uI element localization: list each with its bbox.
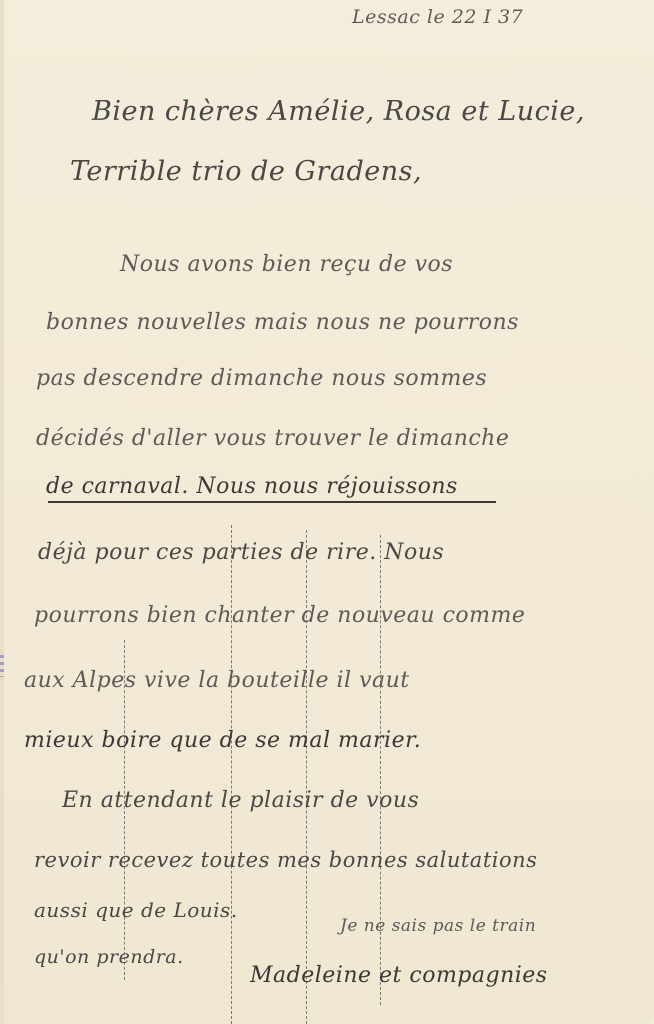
- body-line-3: pas descendre dimanche nous sommes: [36, 368, 487, 390]
- body-line-8: aux Alpes vive la bouteille il vaut: [24, 670, 410, 692]
- body-line-1: Nous avons bien reçu de vos: [120, 254, 453, 276]
- body-line-7: pourrons bien chanter de nouveau comme: [34, 605, 525, 627]
- body-line-11: revoir recevez toutes mes bonnes salutat…: [34, 850, 537, 871]
- underline-carnaval: [48, 501, 496, 503]
- aside-note: Je ne sais pas le train: [340, 918, 536, 935]
- body-line-9: mieux boire que de se mal marier.: [24, 730, 421, 752]
- card-edge: [0, 0, 4, 1024]
- salutation-line-1: Bien chères Amélie, Rosa et Lucie,: [92, 98, 585, 125]
- body-line-10: En attendant le plaisir de vous: [62, 790, 419, 812]
- divider-line-2: [231, 525, 232, 1024]
- ink-stain: [0, 655, 4, 677]
- body-line-4: décidés d'aller vous trouver le dimanche: [36, 428, 509, 450]
- salutation-line-2: Terrible trio de Gradens,: [70, 158, 422, 185]
- signature: Madeleine et compagnies: [250, 965, 548, 987]
- body-line-13: qu'on prendra.: [34, 948, 184, 967]
- body-line-6: déjà pour ces parties de rire. Nous: [38, 542, 444, 564]
- body-line-2: bonnes nouvelles mais nous ne pourrons: [46, 312, 519, 334]
- body-line-5: de carnaval. Nous nous réjouissons: [46, 476, 458, 498]
- body-line-12: aussi que de Louis.: [34, 900, 238, 920]
- date-line: Lessac le 22 I 37: [352, 8, 523, 27]
- postcard: Lessac le 22 I 37 Bien chères Amélie, Ro…: [0, 0, 654, 1024]
